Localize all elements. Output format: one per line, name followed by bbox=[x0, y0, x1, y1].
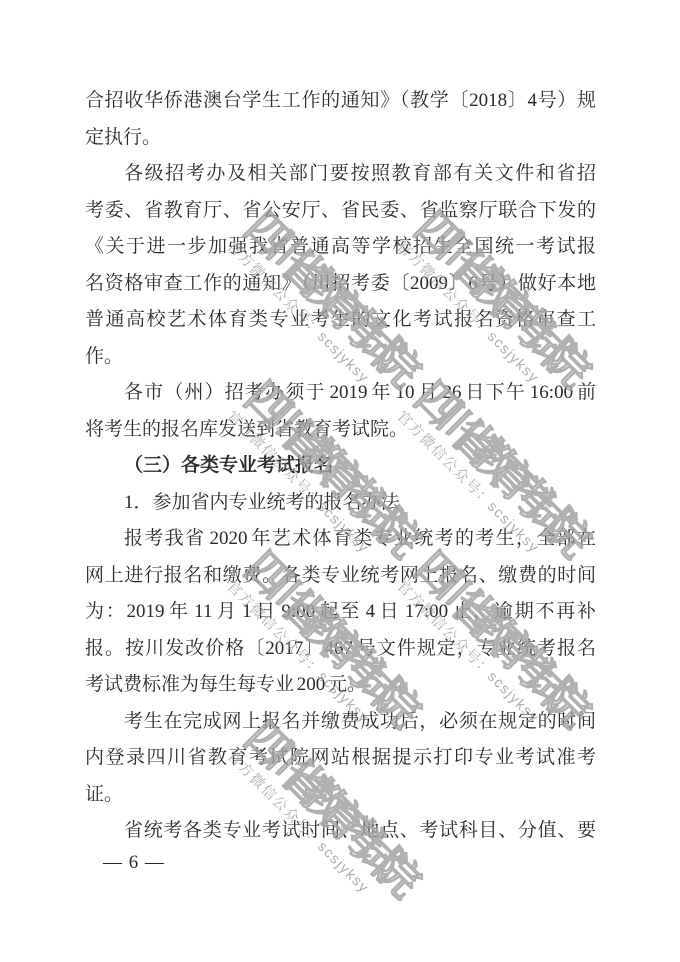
text-line: 各级招考办及相关部门要按照教育部有关文件和省招 bbox=[85, 156, 596, 193]
document-page: 合招收华侨港澳台学生工作的通知》（教学〔2018〕4号）规定执行。各级招考办及相… bbox=[0, 0, 680, 962]
page-number: — 6 — bbox=[103, 852, 165, 874]
text-line: 定执行。 bbox=[85, 120, 596, 157]
heading-line: （三）各类专业考试报名 bbox=[85, 448, 596, 485]
text-line: 为：2019 年 11 月 1 日 9:00 起至 4 日 17:00 止，逾期… bbox=[85, 594, 596, 631]
text-line: 网上进行报名和缴费。各类专业统考网上报名、缴费的时间 bbox=[85, 558, 596, 595]
text-line: 《关于进一步加强我省普通高等学校招生全国统一考试报 bbox=[85, 229, 596, 266]
text-line: 省统考各类专业考试时间、地点、考试科目、分值、要 bbox=[85, 813, 596, 850]
text-line: 普通高校艺术体育类专业考生的文化考试报名资格审查工 bbox=[85, 302, 596, 339]
text-line: 名资格审查工作的通知》（川招考委〔2009〕6号）做好本地 bbox=[85, 266, 596, 303]
text-line: 考委、省教育厅、省公安厅、省民委、省监察厅联合下发的 bbox=[85, 193, 596, 230]
text-line: 1．参加省内专业统考的报名办法 bbox=[85, 485, 596, 522]
text-line: 合招收华侨港澳台学生工作的通知》（教学〔2018〕4号）规 bbox=[85, 83, 596, 120]
text-line: 各市（州）招考办须于 2019 年 10 月 26 日下午 16:00 前 bbox=[85, 375, 596, 412]
text-line: 考试费标准为每生每专业 200 元。 bbox=[85, 667, 596, 704]
text-line: 考生在完成网上报名并缴费成功后，必须在规定的时间 bbox=[85, 704, 596, 741]
text-line: 内登录四川省教育考试院网站根据提示打印专业考试准考 bbox=[85, 740, 596, 777]
text-line: 作。 bbox=[85, 339, 596, 376]
text-line: 证。 bbox=[85, 777, 596, 814]
text-line: 报考我省 2020 年艺术体育类专业统考的考生，全部在 bbox=[85, 521, 596, 558]
document-body: 合招收华侨港澳台学生工作的通知》（教学〔2018〕4号）规定执行。各级招考办及相… bbox=[85, 83, 596, 850]
text-line: 报。按川发改价格〔2017〕467 号文件规定，专业统考报名 bbox=[85, 631, 596, 668]
text-line: 将考生的报名库发送到省教育考试院。 bbox=[85, 412, 596, 449]
